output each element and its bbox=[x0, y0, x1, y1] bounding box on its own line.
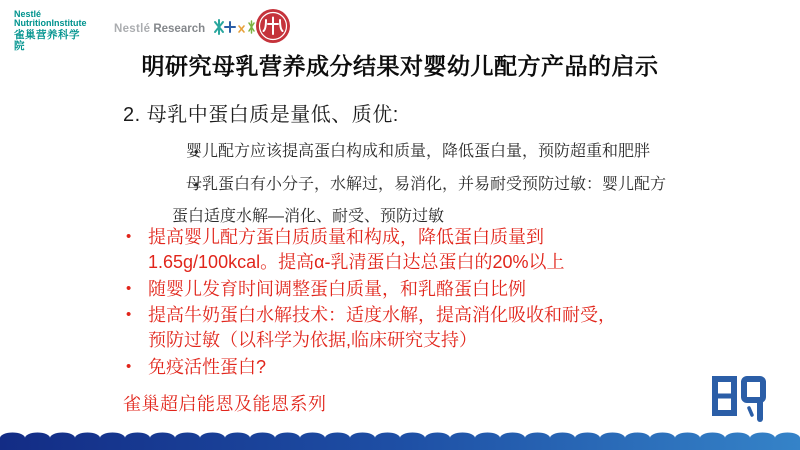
bullet-line: 母乳蛋白有小分子，水解过，易消化，并易耐受预防过敏：婴儿配方 bbox=[186, 169, 692, 202]
wave-border-decoration bbox=[0, 432, 800, 450]
bullet-line-continued: 预防过敏（以科学为依据,临床研究支持） bbox=[148, 328, 692, 353]
bullet-line: 提高婴儿配方蛋白质质量和构成，降低蛋白质量到 bbox=[148, 225, 692, 250]
list-item: 提高婴儿配方蛋白质质量和构成，降低蛋白质量到 1.65g/100kcal。提高α… bbox=[122, 225, 692, 275]
list-item: 随婴儿发育时间调整蛋白质量，和乳酪蛋白比例 bbox=[122, 277, 692, 302]
nni-logo-line2: NutritionInstitute bbox=[14, 19, 87, 28]
red-bullet-list: 提高婴儿配方蛋白质质量和构成，降低蛋白质量到 1.65g/100kcal。提高α… bbox=[122, 225, 692, 382]
section-heading: 2. 母乳中蛋白质是量低、质优: bbox=[123, 98, 399, 127]
ming-brand-logo-icon bbox=[710, 371, 768, 430]
bullet-line: 提高牛奶蛋白水解技术：适度水解，提高消化吸收和耐受， bbox=[148, 303, 692, 328]
nestle-research-brand-text: Nestlé bbox=[114, 23, 150, 35]
nestle-research-logo: NestléResearch bbox=[114, 19, 265, 40]
list-item: 婴儿配方应该提高蛋白构成和质量，降低蛋白量，预防超重和肥胖 bbox=[152, 136, 692, 169]
bullet-line: 随婴儿发育时间调整蛋白质量，和乳酪蛋白比例 bbox=[148, 277, 692, 302]
nestle-research-dept-text: Research bbox=[153, 23, 205, 35]
bullet-line: 婴儿配方应该提高蛋白构成和质量，降低蛋白量，预防超重和肥胖 bbox=[186, 136, 692, 169]
nestle-nutrition-institute-logo: Nestlé NutritionInstitute 雀巢营养科学院 bbox=[14, 10, 87, 52]
black-bullet-list: 婴儿配方应该提高蛋白构成和质量，降低蛋白量，预防超重和肥胖 母乳蛋白有小分子，水… bbox=[152, 136, 692, 234]
list-item: 母乳蛋白有小分子，水解过，易消化，并易耐受预防过敏：婴儿配方 蛋白适度水解—消化… bbox=[152, 169, 692, 234]
peking-university-seal-icon bbox=[254, 7, 292, 50]
slide-title: 明研究母乳营养成分结果对婴幼儿配方产品的启示 bbox=[0, 48, 800, 81]
list-item: 免疫活性蛋白? bbox=[122, 355, 692, 380]
list-item: 提高牛奶蛋白水解技术：适度水解，提高消化吸收和耐受， 预防过敏（以科学为依据,临… bbox=[122, 303, 692, 353]
footer-note: 雀巢超启能恩及能恩系列 bbox=[123, 390, 327, 416]
bullet-line-continued: 1.65g/100kcal。提高α-乳清蛋白达总蛋白的20%以上 bbox=[148, 250, 692, 275]
bullet-line: 免疫活性蛋白? bbox=[148, 355, 692, 380]
